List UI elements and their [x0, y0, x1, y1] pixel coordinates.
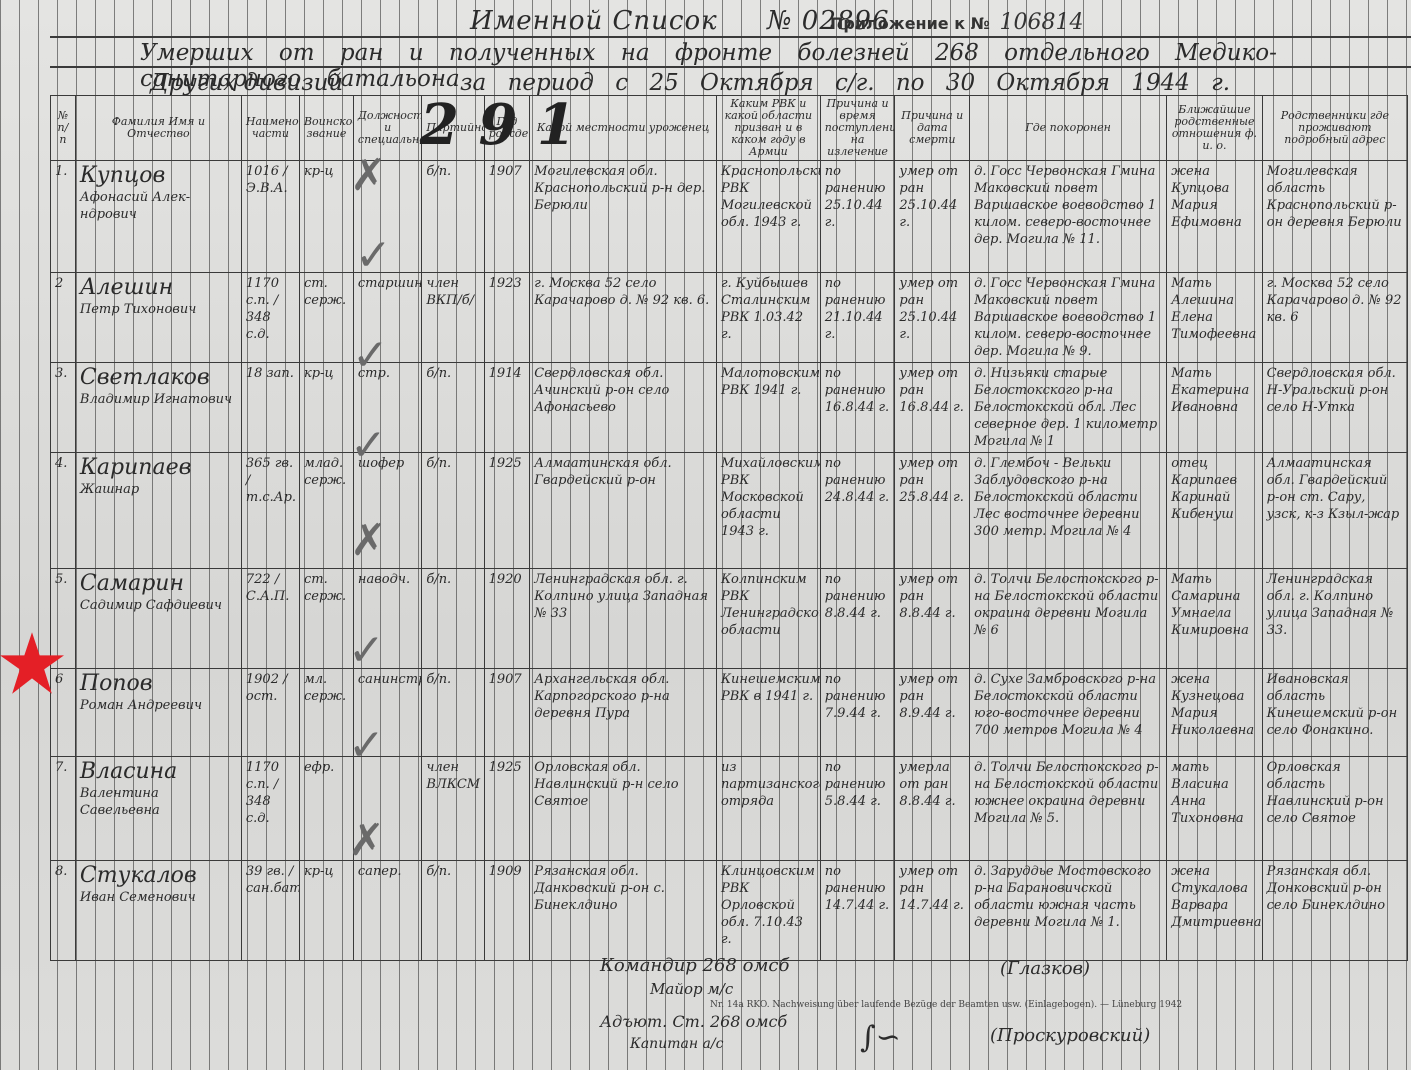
check-mark-icon: ✓	[350, 420, 387, 471]
cell-address: Алмаатинская обл. Гвардейский р-он ст. С…	[1262, 453, 1407, 569]
cell-address: Рязанская обл. Донковский р-он село Бине…	[1262, 861, 1407, 961]
commander-title: Командир 268 омсб	[600, 955, 789, 976]
cell-relative: жена Кузнецова Мария Николаевна	[1167, 669, 1262, 757]
cell-buried: д. Госс Червонская Гмина Маковский повет…	[970, 161, 1167, 273]
subtitle-rule	[50, 66, 1411, 68]
commander-rank: Майор м/с	[650, 980, 733, 998]
cell-unit: 39 гв. / сан.бат	[241, 861, 299, 961]
cell-origin: г. Москва 52 село Карачарово д. № 92 кв.…	[530, 273, 717, 363]
cell-rank: кр-ц	[299, 363, 353, 453]
document-page: Именной Список № 02896 Приложение к № 10…	[0, 0, 1411, 1070]
given-name: Иван Семенович	[80, 889, 237, 906]
col-header-buried: Где похоронен	[970, 96, 1167, 161]
cell-rank: млад. серж.	[299, 453, 353, 569]
attachment-stamp: Приложение к № 106814	[830, 10, 1083, 35]
cell-birth-year: 1920	[484, 569, 530, 669]
cell-death: умер от ран 25.10.44 г.	[895, 161, 970, 273]
col-header-rvk: Каким РВК и какой области призван и в ка…	[716, 96, 820, 161]
cell-number: 7.	[51, 757, 76, 861]
cell-admitted: по ранению 24.8.44 г.	[820, 453, 895, 569]
cell-position: сапер.	[353, 861, 421, 961]
check-mark-icon: ✓	[355, 230, 392, 281]
cell-address: г. Москва 52 село Карачарово д. № 92 кв.…	[1262, 273, 1407, 363]
cell-buried: д. Низьяки старые Белостокского р-на Бел…	[970, 363, 1167, 453]
cell-name: КупцовАфонасий Алек-ндрович	[75, 161, 241, 273]
cell-death: умер от ран 16.8.44 г.	[895, 363, 970, 453]
table-row: 5. СамаринСадимир Сафдиевич 722 / С.А.П.…	[51, 569, 1408, 669]
given-name: Валентина Савельевна	[80, 785, 237, 819]
cell-relative: Мать Екатерина Ивановна	[1167, 363, 1262, 453]
table-row: 2 АлешинПетр Тихонович 1170 с.п. / 348 с…	[51, 273, 1408, 363]
cell-relative: жена Стукалова Варвара Дмитриевна	[1167, 861, 1262, 961]
cell-relative: мать Власина Анна Тихоновна	[1167, 757, 1262, 861]
col-header-unit: Наименование части	[241, 96, 299, 161]
cell-rvk: г. Куйбышев Сталинским РВК 1.03.42 г.	[716, 273, 820, 363]
cell-number: 3.	[51, 363, 76, 453]
title-rule	[50, 36, 1411, 38]
surname: Самарин	[80, 571, 237, 597]
surname: Власина	[80, 759, 237, 785]
printer-imprint: Nr. 14a RKO. Nachweisung über laufende B…	[710, 1000, 1182, 1010]
cell-name: АлешинПетр Тихонович	[75, 273, 241, 363]
cell-origin: Орловская обл. Навлинский р-н село Свято…	[530, 757, 717, 861]
col-header-rank: Воинское звание	[299, 96, 353, 161]
divisions-line: Других дивизий	[150, 70, 343, 96]
cell-address: Ленинградская обл. г. Колпино улица Запа…	[1262, 569, 1407, 669]
casualty-table: № п/п Фамилия Имя и Отчество Наименовани…	[50, 95, 1408, 961]
cell-rvk: Михайловским РВК Московской области 1943…	[716, 453, 820, 569]
cell-rank: кр-ц	[299, 161, 353, 273]
cell-rvk: Клинцовским РВК Орловской обл. 7.10.43 г…	[716, 861, 820, 961]
cell-death: умерла от ран 8.8.44 г.	[895, 757, 970, 861]
cell-number: 2	[51, 273, 76, 363]
signature-scribble: ∫∽	[860, 1020, 901, 1055]
cell-birth-year: 1923	[484, 273, 530, 363]
cell-buried: д. Толчи Белостокского р-на Белостокской…	[970, 569, 1167, 669]
cell-buried: д. Госс Червонская Гмина Маковский повет…	[970, 273, 1167, 363]
cell-party: б/п.	[422, 161, 484, 273]
cell-name: ВласинаВалентина Савельевна	[75, 757, 241, 861]
commander-signature-name: (Глазков)	[1000, 958, 1090, 979]
cell-buried: д. Сухе Замбровского р-на Белостокской о…	[970, 669, 1167, 757]
cell-birth-year: 1925	[484, 453, 530, 569]
cell-relative: Мать Алешина Елена Тимофеевна	[1167, 273, 1262, 363]
cell-origin: Алмаатинская обл. Гвардейский р-он	[530, 453, 717, 569]
given-name: Владимир Игнатович	[80, 391, 237, 408]
cell-death: умер от ран 8.8.44 г.	[895, 569, 970, 669]
cell-address: Свердловская обл. Н-Уральский р-он село …	[1262, 363, 1407, 453]
cell-birth-year: 1909	[484, 861, 530, 961]
cell-name: СамаринСадимир Сафдиевич	[75, 569, 241, 669]
table-row: 1. КупцовАфонасий Алек-ндрович 1016 / Э.…	[51, 161, 1408, 273]
adjutant-rank: Капитан а/с	[630, 1036, 723, 1052]
cell-origin: Рязанская обл. Данковский р-он с. Бинекл…	[530, 861, 717, 961]
cell-origin: Ленинградская обл. г. Колпино улица Запа…	[530, 569, 717, 669]
check-mark-icon: ✓	[352, 330, 389, 381]
table-row: 6 ПоповРоман Андреевич 1902 / ост. мл. с…	[51, 669, 1408, 757]
surname: Стукалов	[80, 863, 237, 889]
cell-buried: д. Глембоч - Вельки Заблудовского р-на Б…	[970, 453, 1167, 569]
cell-unit: 18 зап.	[241, 363, 299, 453]
cell-rank: мл. серж.	[299, 669, 353, 757]
table-row: 3. СветлаковВладимир Игнатович 18 зап. к…	[51, 363, 1408, 453]
cell-party: б/п.	[422, 569, 484, 669]
cell-party: б/п.	[422, 363, 484, 453]
col-header-relative: Ближайшие родственные отношения ф. и. о.	[1167, 96, 1262, 161]
cell-admitted: по ранению 16.8.44 г.	[820, 363, 895, 453]
table-row: 8. СтукаловИван Семенович 39 гв. / сан.б…	[51, 861, 1408, 961]
cell-unit: 722 / С.А.П.	[241, 569, 299, 669]
cell-admitted: по ранению 7.9.44 г.	[820, 669, 895, 757]
document-title: Именной Список № 02896	[470, 6, 890, 36]
cell-number: 1.	[51, 161, 76, 273]
cell-relative: Мать Самарина Умнаела Кимировна	[1167, 569, 1262, 669]
cell-number: 8.	[51, 861, 76, 961]
given-name: Жашнар	[80, 481, 237, 498]
stamp-number: 106814	[999, 10, 1083, 35]
check-mark-icon: ✓	[348, 625, 385, 676]
cell-party: член ВКП/б/	[422, 273, 484, 363]
cell-address: Орловская область Навлинский р-он село С…	[1262, 757, 1407, 861]
cell-admitted: по ранению 14.7.44 г.	[820, 861, 895, 961]
cell-relative: жена Купцова Мария Ефимовна	[1167, 161, 1262, 273]
cell-admitted: по ранению 8.8.44 г.	[820, 569, 895, 669]
stamp-label: Приложение к №	[830, 14, 990, 33]
cell-admitted: по ранению 25.10.44 г.	[820, 161, 895, 273]
cell-party: б/п.	[422, 669, 484, 757]
title-text: Именной Список	[470, 6, 718, 36]
cell-name: КарипаевЖашнар	[75, 453, 241, 569]
cell-rvk: Малотовским РВК 1941 г.	[716, 363, 820, 453]
cell-birth-year: 1907	[484, 161, 530, 273]
given-name: Садимир Сафдиевич	[80, 597, 237, 614]
surname: Купцов	[80, 163, 237, 189]
cell-birth-year: 1914	[484, 363, 530, 453]
check-mark-icon: ✗	[350, 515, 387, 566]
cell-admitted: по ранению 21.10.44 г.	[820, 273, 895, 363]
cell-party: б/п.	[422, 861, 484, 961]
col-header-number: № п/п	[51, 96, 76, 161]
surname: Попов	[80, 671, 237, 697]
cell-unit: 1902 / ост.	[241, 669, 299, 757]
cell-unit: 365 гв. / т.с.Ар.	[241, 453, 299, 569]
cell-rank: ст. серж.	[299, 273, 353, 363]
cell-number: 4.	[51, 453, 76, 569]
red-star-icon	[0, 628, 64, 698]
large-ink-mark: 2 9 1	[420, 92, 576, 158]
cell-admitted: по ранению 5.8.44 г.	[820, 757, 895, 861]
surname: Светлаков	[80, 365, 237, 391]
cell-name: СветлаковВладимир Игнатович	[75, 363, 241, 453]
given-name: Петр Тихонович	[80, 301, 237, 318]
cell-rank: ст. серж.	[299, 569, 353, 669]
cell-address: Ивановская область Кинешемский р-он село…	[1262, 669, 1407, 757]
cell-name: СтукаловИван Семенович	[75, 861, 241, 961]
cell-unit: 1170 с.п. / 348 с.д.	[241, 273, 299, 363]
cell-rvk: Колпинским РВК Ленинградской области	[716, 569, 820, 669]
cell-buried: д. Толчи Белостокского р-на Белостокской…	[970, 757, 1167, 861]
col-header-address: Родственники где проживают подробный адр…	[1262, 96, 1407, 161]
check-mark-icon: ✓	[348, 720, 385, 771]
cell-unit: 1016 / Э.В.А.	[241, 161, 299, 273]
cell-birth-year: 1907	[484, 669, 530, 757]
cell-birth-year: 1925	[484, 757, 530, 861]
cell-unit: 1170 с.п. / 348 с.д.	[241, 757, 299, 861]
check-mark-icon: ✗	[350, 150, 387, 201]
cell-party: б/п.	[422, 453, 484, 569]
cell-rvk: из партизанского отряда	[716, 757, 820, 861]
col-header-admitted: Причина и время поступления на излечение	[820, 96, 895, 161]
table-header-row: № п/п Фамилия Имя и Отчество Наименовани…	[51, 96, 1408, 161]
cell-origin: Могилевская обл. Краснопольский р-н дер.…	[530, 161, 717, 273]
given-name: Роман Андреевич	[80, 697, 237, 714]
cell-death: умер от ран 25.8.44 г.	[895, 453, 970, 569]
adjutant-signature-name: (Проскуровский)	[990, 1025, 1150, 1046]
cell-death: умер от ран 25.10.44 г.	[895, 273, 970, 363]
cell-rank: кр-ц	[299, 861, 353, 961]
cell-rank: ефр.	[299, 757, 353, 861]
cell-origin: Архангельская обл. Карпогорского р-на де…	[530, 669, 717, 757]
cell-address: Могилевская область Краснопольский р-он …	[1262, 161, 1407, 273]
table-row: 4. КарипаевЖашнар 365 гв. / т.с.Ар. млад…	[51, 453, 1408, 569]
col-header-name: Фамилия Имя и Отчество	[75, 96, 241, 161]
cell-party: член ВЛКСМ	[422, 757, 484, 861]
cell-rvk: Краснопольским РВК Могилевской обл. 1943…	[716, 161, 820, 273]
cell-death: умер от ран 14.7.44 г.	[895, 861, 970, 961]
cell-death: умер от ран 8.9.44 г.	[895, 669, 970, 757]
surname: Алешин	[80, 275, 237, 301]
cell-origin: Свердловская обл. Ачинский р-он село Афо…	[530, 363, 717, 453]
table-row: 7. ВласинаВалентина Савельевна 1170 с.п.…	[51, 757, 1408, 861]
cell-buried: д. Заруддье Мостовского р-на Барановичск…	[970, 861, 1167, 961]
surname: Карипаев	[80, 455, 237, 481]
given-name: Афонасий Алек-ндрович	[80, 189, 237, 223]
cell-relative: отец Карипаев Каринай Кибенуш	[1167, 453, 1262, 569]
cell-rvk: Кинешемским РВК в 1941 г.	[716, 669, 820, 757]
adjutant-title: Адъют. Ст. 268 омсб	[600, 1012, 787, 1031]
col-header-death: Причина и дата смерти	[895, 96, 970, 161]
check-mark-icon: ✗	[348, 815, 385, 866]
cell-name: ПоповРоман Андреевич	[75, 669, 241, 757]
